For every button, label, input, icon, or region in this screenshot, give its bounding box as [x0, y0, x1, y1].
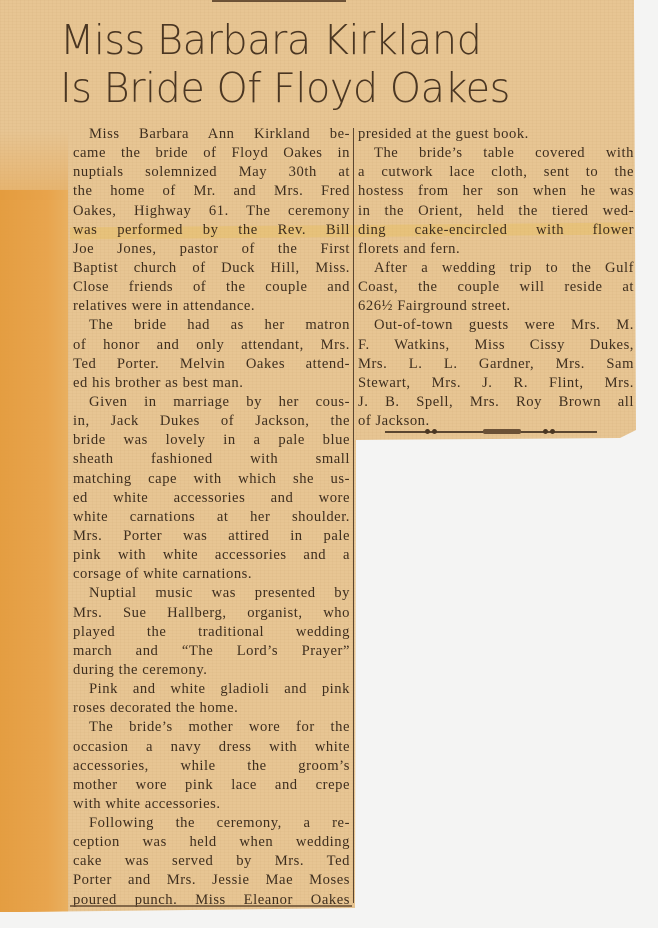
text-line: in the Orient, held the tiered wed- — [358, 202, 634, 221]
text-line: Mrs. Sue Hallberg, organist, who — [73, 604, 350, 623]
article-column-right: presided at the guest book.The bride’s t… — [358, 125, 634, 431]
text-line: matching cape with which she us- — [73, 470, 350, 489]
text-line: Porter and Mrs. Jessie Mae Moses — [73, 871, 350, 890]
text-line: the home of Mr. and Mrs. Fred — [73, 182, 350, 201]
text-line: of honor and only attendant, Mrs. — [73, 336, 350, 355]
text-line: roses decorated the home. — [73, 699, 350, 718]
text-line: ed white accessories and wore — [73, 489, 350, 508]
text-line: relatives were in attendance. — [73, 297, 350, 316]
headline-line-1: Miss Barbara Kirkland — [60, 16, 564, 64]
text-line: cake was served by Mrs. Ted — [73, 852, 350, 871]
text-line: Ted Porter. Melvin Oakes attend- — [73, 355, 350, 374]
tape-stain — [0, 190, 68, 912]
text-line: Stewart, Mrs. J. R. Flint, Mrs. — [358, 374, 634, 393]
text-line: hostess from her son when he was — [358, 182, 634, 201]
text-line: nuptials solemnized May 30th at — [73, 163, 350, 182]
text-line: F. Watkins, Miss Cissy Dukes, — [358, 336, 634, 355]
headline: Miss Barbara Kirkland Is Bride Of Floyd … — [60, 16, 580, 112]
article-end-ornament — [385, 428, 597, 436]
text-line: white carnations at her shoulder. — [73, 508, 350, 527]
text-line: Given in marriage by her cous- — [73, 393, 350, 412]
text-line: Following the ceremony, a re- — [73, 814, 350, 833]
text-line: The bride’s mother wore for the — [73, 718, 350, 737]
text-line: Coast, the couple will reside at — [358, 278, 634, 297]
text-line: was performed by the Rev. Bill — [73, 221, 350, 240]
text-line: Close friends of the couple and — [73, 278, 350, 297]
text-line: came the bride of Floyd Oakes in — [73, 144, 350, 163]
text-line: Oakes, Highway 61. The ceremony — [73, 202, 350, 221]
text-line: during the ceremony. — [73, 661, 350, 680]
text-line: ding cake-encircled with flower — [358, 221, 634, 240]
text-line: florets and fern. — [358, 240, 634, 259]
text-line: bride was lovely in a pale blue — [73, 431, 350, 450]
text-line: sheath fashioned with small — [73, 450, 350, 469]
text-line: Joe Jones, pastor of the First — [73, 240, 350, 259]
text-line: Miss Barbara Ann Kirkland be- — [73, 125, 350, 144]
text-line: The bride had as her matron — [73, 316, 350, 335]
text-line: played the traditional wedding — [73, 623, 350, 642]
text-line: ception was held when wedding — [73, 833, 350, 852]
text-line: Pink and white gladioli and pink — [73, 680, 350, 699]
text-line: pink with white accessories and a — [73, 546, 350, 565]
text-line: a cutwork lace cloth, sent to the — [358, 163, 634, 182]
text-line: in, Jack Dukes of Jackson, the — [73, 412, 350, 431]
text-line: Nuptial music was presented by — [73, 584, 350, 603]
text-line: ed his brother as best man. — [73, 374, 350, 393]
text-line: J. B. Spell, Mrs. Roy Brown all — [358, 393, 634, 412]
bottom-rule — [70, 905, 352, 907]
text-line: 626½ Fairground street. — [358, 297, 634, 316]
text-line: corsage of white carnations. — [73, 565, 350, 584]
text-line: Mrs. Porter was attired in pale — [73, 527, 350, 546]
text-line: mother wore pink lace and crepe — [73, 776, 350, 795]
text-line: Mrs. L. L. Gardner, Mrs. Sam — [358, 355, 634, 374]
newspaper-clipping: Miss Barbara Kirkland Is Bride Of Floyd … — [0, 0, 658, 928]
text-line: accessories, while the groom’s — [73, 757, 350, 776]
text-line: march and “The Lord’s Prayer” — [73, 642, 350, 661]
text-line: Baptist church of Duck Hill, Miss. — [73, 259, 350, 278]
text-line: After a wedding trip to the Gulf — [358, 259, 634, 278]
text-line: occasion a navy dress with white — [73, 738, 350, 757]
text-line: with white accessories. — [73, 795, 350, 814]
headline-line-2: Is Bride Of Floyd Oakes — [60, 64, 564, 112]
article-column-left: Miss Barbara Ann Kirkland be-came the br… — [73, 125, 350, 910]
text-line: Out-of-town guests were Mrs. M. — [358, 316, 634, 335]
column-rule — [353, 128, 354, 903]
top-rule — [212, 0, 346, 2]
text-line: presided at the guest book. — [358, 125, 634, 144]
text-line: The bride’s table covered with — [358, 144, 634, 163]
